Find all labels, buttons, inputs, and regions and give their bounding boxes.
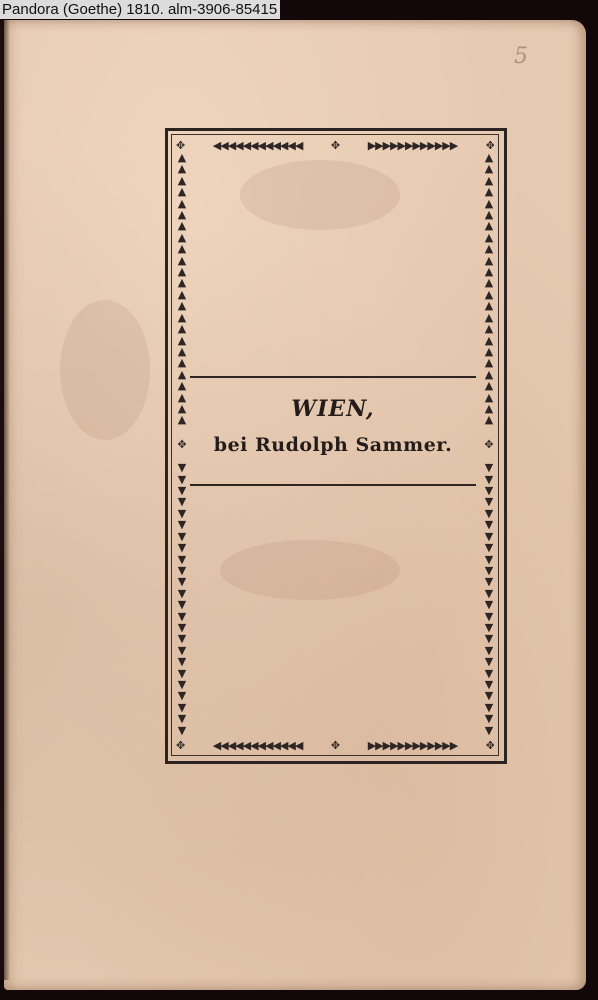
image-caption: Pandora (Goethe) 1810. alm-3906-85415 (0, 0, 280, 19)
imprint-city: WIEN, (190, 396, 476, 422)
ornamental-border-bottom: ✥ ◀◀◀◀◀◀◀◀◀◀◀◀ ✥ ▶▶▶▶▶▶▶▶▶▶▶▶ ✥ (176, 738, 494, 752)
leaf-chain-right-icon: ▶▶▶▶▶▶▶▶▶▶▶▶ (368, 739, 458, 752)
leaf-chain-down-icon: ▼▼▼▼▼▼▼▼▼▼▼▼▼▼▼▼▼▼▼▼▼▼▼▼ (178, 462, 186, 736)
leaf-chain-right-icon: ▶▶▶▶▶▶▶▶▶▶▶▶ (368, 139, 458, 152)
corner-ornament-icon: ✥ (176, 139, 184, 152)
center-ornament-icon: ✥ (331, 739, 339, 752)
imprint-rule-top (190, 376, 476, 378)
center-ornament-icon: ✥ (177, 439, 186, 450)
imprint-rule-bottom (190, 484, 476, 486)
page-edge-shadow (0, 20, 10, 980)
center-ornament-icon: ✥ (484, 439, 493, 450)
pencil-page-mark: 5 (514, 44, 528, 69)
imprint-publisher: bei Rudolph Sammer. (190, 434, 476, 456)
leaf-chain-up-icon: ▲▲▲▲▲▲▲▲▲▲▲▲▲▲▲▲▲▲▲▲▲▲▲▲ (178, 152, 186, 426)
center-ornament-icon: ✥ (331, 139, 339, 152)
ornamental-border-top: ✥ ◀◀◀◀◀◀◀◀◀◀◀◀ ✥ ▶▶▶▶▶▶▶▶▶▶▶▶ ✥ (176, 138, 494, 152)
corner-ornament-icon: ✥ (486, 739, 494, 752)
leaf-chain-left-icon: ◀◀◀◀◀◀◀◀◀◀◀◀ (213, 739, 303, 752)
leaf-chain-down-icon: ▼▼▼▼▼▼▼▼▼▼▼▼▼▼▼▼▼▼▼▼▼▼▼▼ (485, 462, 493, 736)
paper-stain (60, 300, 150, 440)
leaf-chain-left-icon: ◀◀◀◀◀◀◀◀◀◀◀◀ (213, 139, 303, 152)
ornamental-border-left: ▲▲▲▲▲▲▲▲▲▲▲▲▲▲▲▲▲▲▲▲▲▲▲▲ ✥ ▼▼▼▼▼▼▼▼▼▼▼▼▼… (175, 152, 189, 736)
ornamental-border-right: ▲▲▲▲▲▲▲▲▲▲▲▲▲▲▲▲▲▲▲▲▲▲▲▲ ✥ ▼▼▼▼▼▼▼▼▼▼▼▼▼… (482, 152, 496, 736)
corner-ornament-icon: ✥ (176, 739, 184, 752)
corner-ornament-icon: ✥ (486, 139, 494, 152)
leaf-chain-up-icon: ▲▲▲▲▲▲▲▲▲▲▲▲▲▲▲▲▲▲▲▲▲▲▲▲ (485, 152, 493, 426)
